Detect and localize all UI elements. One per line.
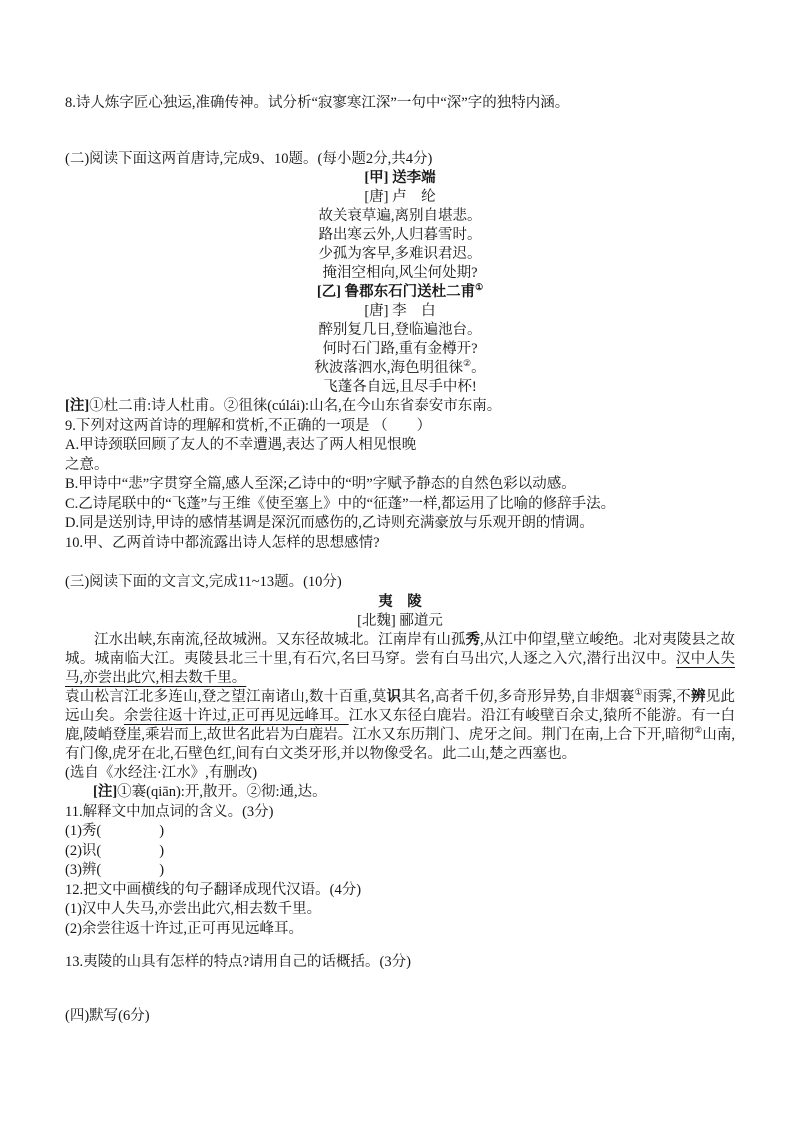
passage-title: 夷 陵 xyxy=(65,593,735,612)
question-12-item-2: (2)余尝往返十许过,正可再见远峰耳。 xyxy=(65,920,735,940)
question-12-stem: 12.把文中画横线的句子翻译成现代汉语。(4分) xyxy=(65,881,735,901)
question-9-option-b: B.甲诗中“悲”字贯穿全篇,感人至深;乙诗中的“明”字赋予静态的自然色彩以动感。 xyxy=(65,475,735,495)
section-4-header: (四)默写(6分) xyxy=(65,1007,735,1027)
poem-note: [注]①杜二甫:诗人杜甫。②徂徕(cúlái):山名,在今山东省泰安市东南。 xyxy=(65,397,735,417)
question-12-item-1: (1)汉中人失马,亦尝出此穴,相去数千里。 xyxy=(65,900,735,920)
poem-yi-line-1: 醉别复几日,登临遍池台。 xyxy=(65,321,735,340)
question-11-item-3: (3)辨( ) xyxy=(65,861,735,881)
poem-reading-block: [甲] 送李端 [唐] 卢 纶 故关衰草遍,离别自堪悲。 路出寒云外,人归暮雪时… xyxy=(65,169,735,397)
section-3-header: (三)阅读下面的文言文,完成11~13题。(10分) xyxy=(65,573,735,593)
poem-jia-title: [甲] 送李端 xyxy=(65,169,735,188)
question-11-stem: 11.解释文中加点词的含义。(3分) xyxy=(65,803,735,823)
poem-yi-line-3: 秋波落泗水,海色明徂徕②。 xyxy=(65,359,735,378)
poem-yi-line-2: 何时石门路,重有金樽开? xyxy=(65,340,735,359)
question-9-stem: 9.下列对这两首诗的理解和赏析,不正确的一项是 （ ） xyxy=(65,417,735,437)
question-9-option-c: C.乙诗尾联中的“飞蓬”与王维《使至塞上》中的“征蓬”一样,都运用了比喻的修辞手… xyxy=(65,495,735,515)
poem-jia-line-3: 少孤为客早,多难识君迟。 xyxy=(65,245,735,264)
passage-paragraph-2: 袁山松言江北多连山,登之望江南诸山,数十百重,莫识其名,高者千仞,多奇形异势,自… xyxy=(65,688,735,764)
question-9-option-d: D.同是送别诗,甲诗的感情基调是深沉而感伤的,乙诗则充满豪放与乐观开朗的情调。 xyxy=(65,514,735,534)
question-9-option-a: A.甲诗颈联回顾了友人的不幸遭遇,表达了两人相见恨晚 xyxy=(65,436,735,456)
passage-author: [北魏] 郦道元 xyxy=(65,612,735,631)
poem-yi-author: [唐] 李 白 xyxy=(65,302,735,321)
question-9-option-a-wrap: 之意。 xyxy=(65,456,735,476)
passage-paragraph-1: 江水出峡,东南流,径故城洲。又东径故城北。江南岸有山孤秀,从江中仰望,壁立峻绝。… xyxy=(65,631,735,688)
passage-heading: 夷 陵 [北魏] 郦道元 xyxy=(65,593,735,631)
poem-yi-title: [乙] 鲁郡东石门送杜二甫① xyxy=(65,283,735,302)
question-11-item-2: (2)识( ) xyxy=(65,842,735,862)
passage-source: (选自《水经注·江水》,有删改) xyxy=(65,764,735,784)
poem-jia-line-2: 路出寒云外,人归暮雪时。 xyxy=(65,226,735,245)
poem-jia-author: [唐] 卢 纶 xyxy=(65,188,735,207)
question-10: 10.甲、乙两首诗中都流露出诗人怎样的思想感情? xyxy=(65,534,735,554)
question-13: 13.夷陵的山具有怎样的特点?请用自己的话概括。(3分) xyxy=(65,953,735,973)
poem-jia-line-4: 掩泪空相向,风尘何处期? xyxy=(65,264,735,283)
passage-note: [注]①褰(qiān):开,散开。②彻:通,达。 xyxy=(65,783,735,803)
question-8: 8.诗人炼字匠心独运,准确传神。试分析“寂寥寒江深”一句中“深”字的独特内涵。 xyxy=(65,94,735,114)
question-11-item-1: (1)秀( ) xyxy=(65,822,735,842)
poem-jia-line-1: 故关衰草遍,离别自堪悲。 xyxy=(65,207,735,226)
section-2-header: (二)阅读下面这两首唐诗,完成9、10题。(每小题2分,共4分) xyxy=(65,150,735,170)
exam-page: 8.诗人炼字匠心独运,准确传神。试分析“寂寥寒江深”一句中“深”字的独特内涵。 … xyxy=(0,0,793,1122)
poem-yi-line-4: 飞蓬各自远,且尽手中杯! xyxy=(65,378,735,397)
